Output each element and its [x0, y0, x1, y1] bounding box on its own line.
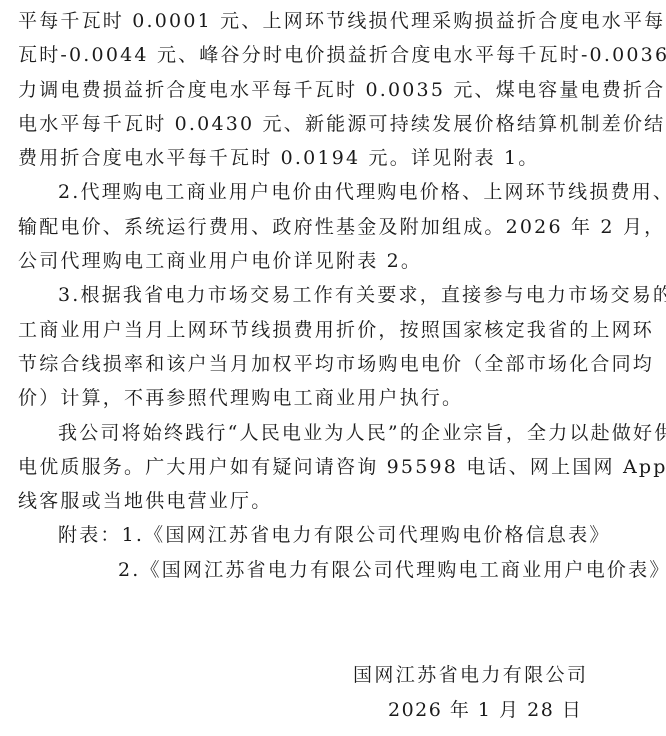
text-line: 线客服或当地供电营业厅。: [18, 484, 650, 518]
paragraph-3: 3.根据我省电力市场交易工作有关要求，直接参与电力市场交易的 工商业用户当月上网…: [18, 278, 650, 415]
text-line: 瓦时-0.0044 元、峰谷分时电价损益折合度电水平每千瓦时-0.0036 元、: [18, 38, 650, 72]
text-line: 电优质服务。广大用户如有疑问请咨询 95598 电话、网上国网 App 在: [18, 450, 650, 484]
notice-document: 平每千瓦时 0.0001 元、上网环节线损代理采购损益折合度电水平每千 瓦时-0…: [18, 4, 650, 587]
text-line: 输配电价、系统运行费用、政府性基金及附加组成。2026 年 2 月，我: [18, 210, 650, 244]
paragraph-2: 2.代理购电工商业用户电价由代理购电价格、上网环节线损费用、 输配电价、系统运行…: [18, 175, 650, 278]
text-line: 我公司将始终践行“人民电业为人民”的企业宗旨，全力以赴做好供: [18, 416, 650, 450]
text-line: 公司代理购电工商业用户电价详见附表 2。: [18, 244, 650, 278]
signature-organization: 国网江苏省电力有限公司: [353, 660, 666, 687]
text-line: 平每千瓦时 0.0001 元、上网环节线损代理采购损益折合度电水平每千: [18, 4, 650, 38]
paragraph-4: 我公司将始终践行“人民电业为人民”的企业宗旨，全力以赴做好供 电优质服务。广大用…: [18, 416, 650, 519]
text-line: 价）计算，不再参照代理购电工商业用户执行。: [18, 381, 650, 415]
attachment-item-2: 2.《国网江苏省电力有限公司代理购电工商业用户电价表》: [18, 553, 650, 587]
paragraph-1-continuation: 平每千瓦时 0.0001 元、上网环节线损代理采购损益折合度电水平每千 瓦时-0…: [18, 4, 650, 175]
attachments-list: 附表：1.《国网江苏省电力有限公司代理购电价格信息表》 2.《国网江苏省电力有限…: [18, 518, 650, 587]
text-line: 3.根据我省电力市场交易工作有关要求，直接参与电力市场交易的: [18, 278, 650, 312]
text-line: 费用折合度电水平每千瓦时 0.0194 元。详见附表 1。: [18, 141, 650, 175]
signature-date: 2026 年 1 月 28 日: [388, 695, 666, 722]
text-line: 工商业用户当月上网环节线损费用折价，按照国家核定我省的上网环: [18, 313, 650, 347]
text-line: 节综合线损率和该户当月加权平均市场购电电价（全部市场化合同均: [18, 347, 650, 381]
text-line: 2.代理购电工商业用户电价由代理购电价格、上网环节线损费用、: [18, 175, 650, 209]
text-line: 力调电费损益折合度电水平每千瓦时 0.0035 元、煤电容量电费折合度: [18, 73, 650, 107]
attachment-item-1: 附表：1.《国网江苏省电力有限公司代理购电价格信息表》: [18, 518, 650, 552]
text-line: 电水平每千瓦时 0.0430 元、新能源可持续发展价格结算机制差价结算: [18, 107, 650, 141]
